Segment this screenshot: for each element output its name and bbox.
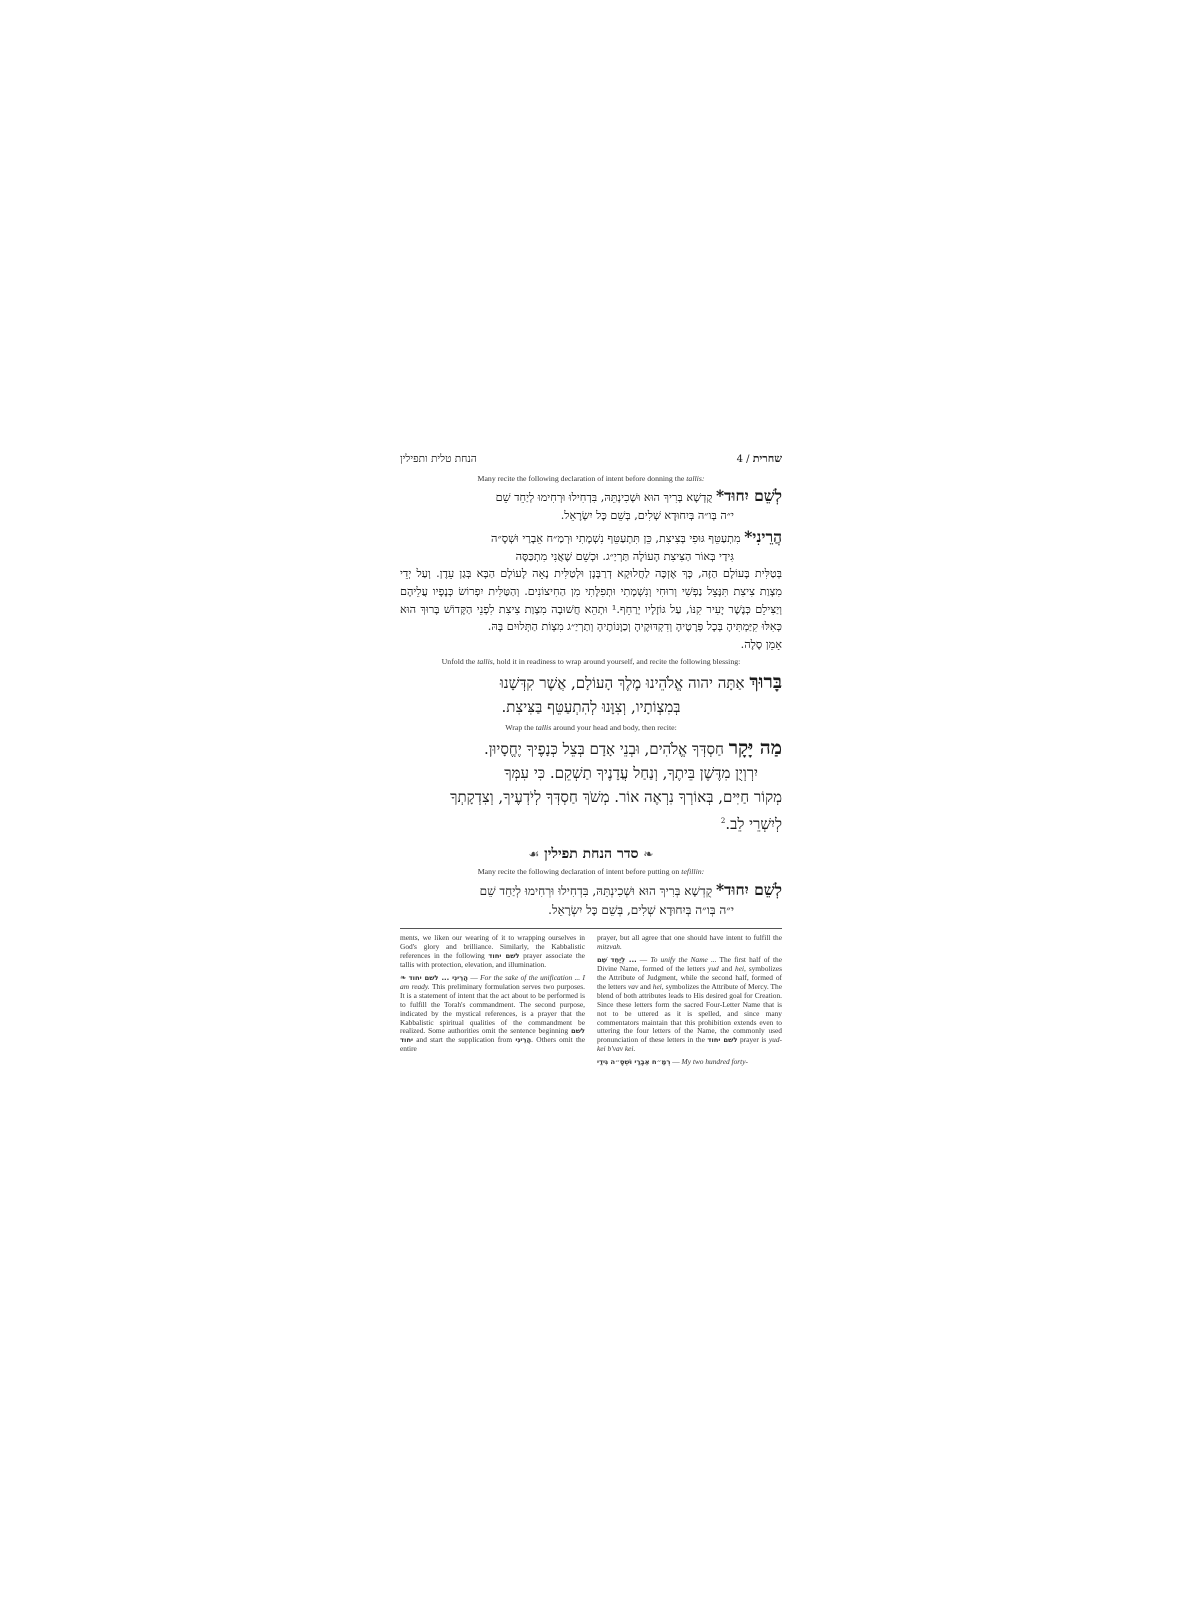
leshem-yichud-tallis: לְשֵׁם יִחוּד* קֻדְשָׁא בְּרִיךְ הוּא וּ… — [400, 487, 782, 524]
hareini-line2: גִּידַי בְּאוֹר הַצִּיצִת הָעוֹלָה תַּרְ… — [400, 548, 782, 566]
instruction-text: Unfold the — [442, 657, 476, 666]
commentary: ments, we liken our wearing of it to wra… — [400, 934, 782, 1071]
running-head-section-title: הנחת טלית ותפילין — [400, 453, 477, 465]
instruction-italic: tallis, — [477, 657, 495, 666]
leshem-text-line2: י״ה בְּו״ה בְּיִחוּדָא שְׁלִים, בְּשֵׁם … — [400, 507, 782, 525]
hareini-line8: אָמֵן סֶלָה. — [400, 636, 782, 654]
instruction-tallis-intent: Many recite the following declaration of… — [400, 474, 782, 484]
instruction-text-rest: around your head and body, then recite: — [553, 723, 677, 732]
leshem-text-line2: י״ה בְּו״ה בְּיִחוּדָא שְׁלִים, בְּשֵׁם … — [400, 901, 782, 920]
hareini-line1: מִתְעַטֵּף גּוּפִי בְּצִיצִת, כֵּן תִּתְ… — [491, 532, 741, 545]
instruction-tefillin-intent: Many recite the following declaration of… — [400, 867, 782, 877]
page-separator: / — [743, 454, 753, 465]
commentary-paragraph: ❧ הֲרֵינִי ... לשם יחוד — For the sake o… — [400, 974, 585, 1054]
commentary-left-column: ments, we liken our wearing of it to wra… — [400, 934, 585, 1071]
mah-yakar-paragraph: מַה יָּקָר חַסְדְּךָ אֱלֹהִים, וּבְנֵי א… — [400, 736, 782, 836]
mah-yakar-line3: מְקוֹר חַיִּים, בְּאוֹרְךָ נִרְאֶה אוֹר.… — [450, 788, 782, 806]
commentary-paragraph: ... לְיַחֵד שֵׁם — To unify the Name ...… — [597, 956, 782, 1054]
blessing-line1: אַתָּה יהוה אֱלֹהֵינוּ מֶלֶךְ הָעוֹלָם, … — [500, 674, 745, 692]
leshem-lead-word: לְשֵׁם יִחוּד* — [716, 486, 782, 505]
instruction-text: Many recite the following declaration of… — [478, 867, 680, 876]
mah-yakar-line2: יִרְוְיֻן מִדֶּשֶׁן בֵּיתֶךָ, וְנַחַל עֲ… — [400, 761, 782, 785]
commentary-paragraph: ments, we liken our wearing of it to wra… — [400, 934, 585, 970]
instruction-text: Many recite the following declaration of… — [478, 474, 685, 483]
instruction-italic: tallis: — [686, 474, 704, 483]
tallis-blessing: בָּרוּךְ אַתָּה יהוה אֱלֹהֵינוּ מֶלֶךְ ה… — [400, 670, 782, 719]
ornament-right-icon: ❧ — [643, 847, 653, 861]
instruction-italic: tefillin: — [681, 867, 704, 876]
leshem-yichud-tefillin: לְשֵׁם יִחוּד* קֻדְשָׁא בְּרִיךְ הוּא וּ… — [400, 880, 782, 920]
hareini-line7: קִיַּמְתִּיהָ בְּכָל פְּרָטֶיהָ וְדִקְדּ… — [488, 620, 758, 633]
prayer-book-page: הנחת טלית ותפילין שחרית / 4 Many recite … — [400, 452, 782, 1071]
instruction-text: Wrap the — [505, 723, 533, 732]
ornament-left-icon: ☙ — [529, 847, 540, 861]
commentary-paragraph: רְמַ״ח אֵבָרַי וּשְׁסָ״ה גִּידַי — My tw… — [597, 1058, 782, 1067]
instruction-wrap-tallis: Wrap the tallis around your head and bod… — [400, 723, 782, 733]
leshem-lead-word: לְשֵׁם יִחוּד* — [716, 880, 782, 899]
commentary-right-column: prayer, but all agree that one should ha… — [597, 934, 782, 1071]
hareini-paragraph: הֲרֵינִי* מִתְעַטֵּף גּוּפִי בְּצִיצִת, … — [400, 528, 782, 653]
running-head: הנחת טלית ותפילין שחרית / 4 — [400, 452, 782, 470]
instruction-unfold-tallis: Unfold the tallis, hold it in readiness … — [400, 657, 782, 667]
running-head-service: שחרית — [753, 452, 782, 465]
hareini-line3: בְּטַלִּית בָּעוֹלָם הַזֶּה, כָּךְ אֶזְכ… — [477, 567, 782, 580]
leshem-text-line1: קֻדְשָׁא בְּרִיךְ הוּא וּשְׁכִינְתֵּהּ, … — [496, 491, 713, 504]
mah-yakar-line4: לְיִשְׁרֵי לֵב. — [725, 815, 782, 833]
instruction-italic: tallis — [536, 723, 552, 732]
running-head-service-title: שחרית / 4 — [737, 452, 782, 465]
blessing-line2: בְּמִצְוֹתָיו, וְצִוָּנוּ לְהִתְעַטֵּף ב… — [400, 695, 782, 719]
section-title-text: סדר הנחת תפילין — [544, 846, 638, 862]
commentary-marker-icon: ❧ — [400, 973, 406, 982]
commentary-paragraph: prayer, but all agree that one should ha… — [597, 934, 782, 952]
leshem-text-line1: קֻדְשָׁא בְּרִיךְ הוּא וּשְׁכִינְתֵּהּ, … — [480, 884, 713, 898]
mah-yakar-lead-word: מַה יָּקָר — [729, 737, 782, 759]
tefillin-section-title: ❧ סדר הנחת תפילין ☙ — [400, 846, 782, 863]
commentary-divider — [400, 928, 782, 929]
instruction-text-rest: hold it in readiness to wrap around your… — [497, 657, 741, 666]
baruch-lead-word: בָּרוּךְ — [749, 671, 782, 693]
mah-yakar-line1: חַסְדְּךָ אֱלֹהִים, וּבְנֵי אָדָם בְּצֵל… — [484, 740, 724, 758]
hareini-lead-word: הֲרֵינִי* — [744, 527, 782, 546]
